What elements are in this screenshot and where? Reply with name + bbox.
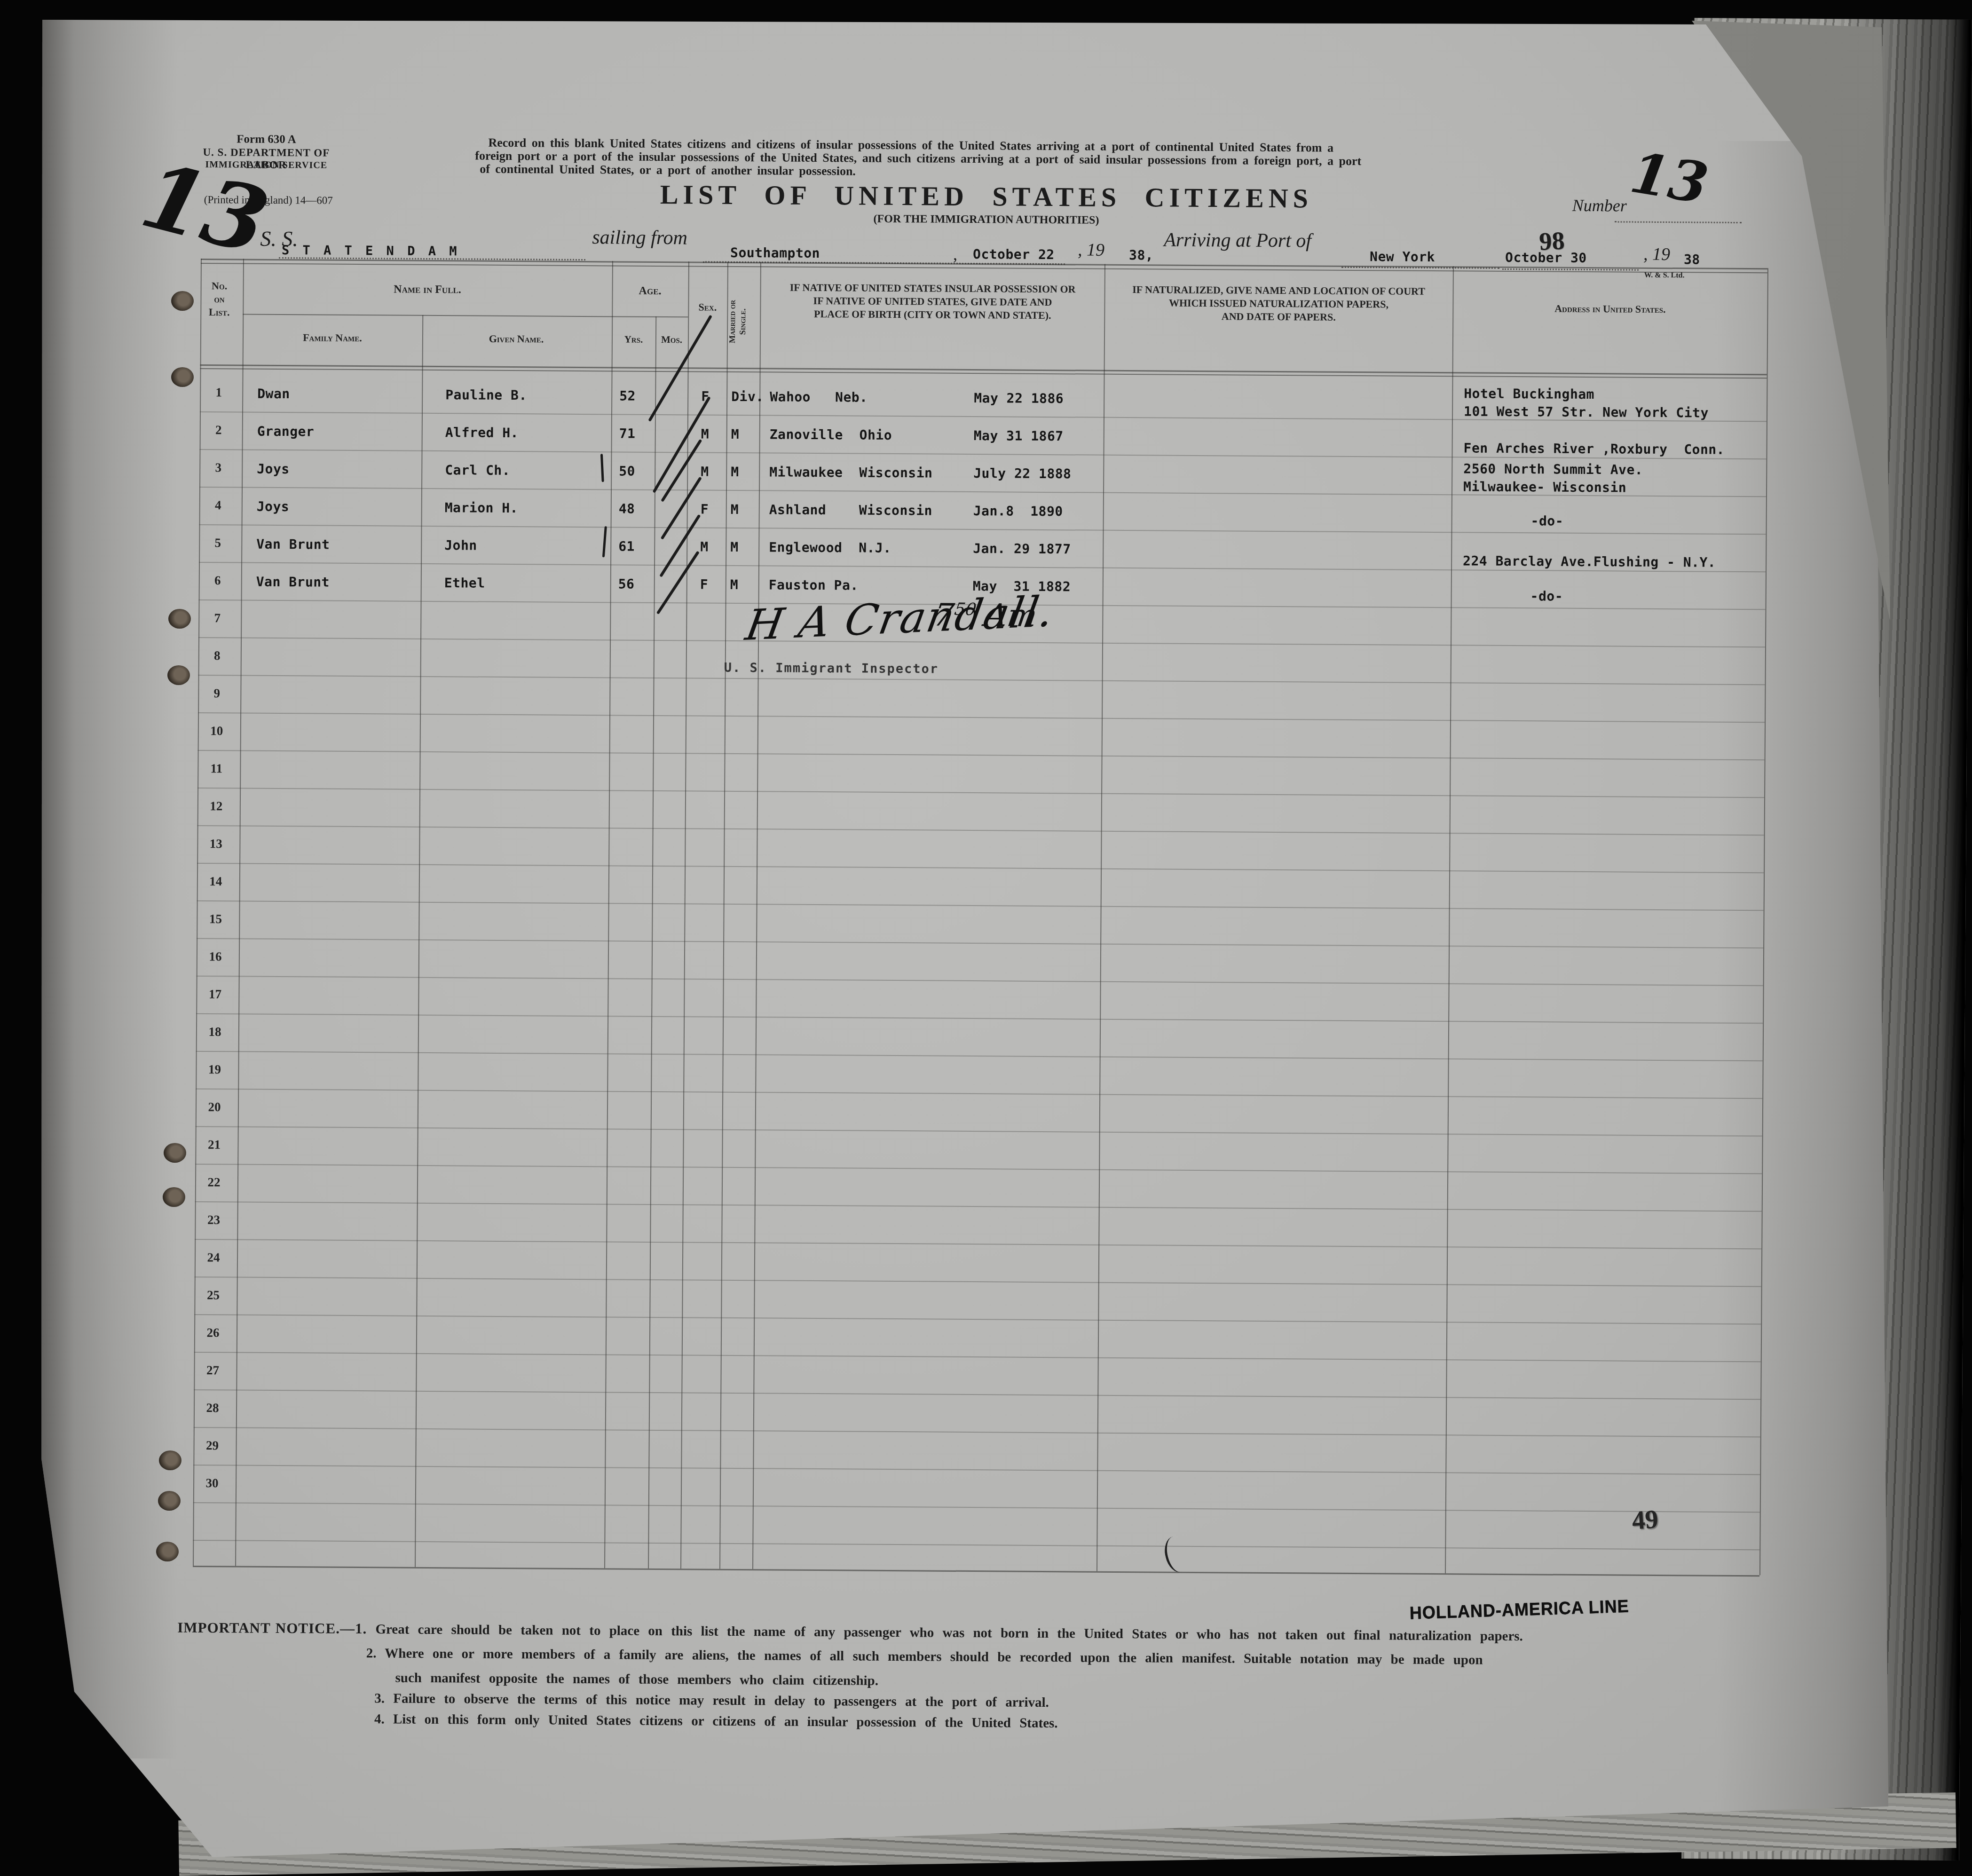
row-number: 3 [199, 458, 237, 477]
given-name: Ethel [444, 574, 485, 593]
given-name: Pauline B. [445, 386, 527, 405]
marital-status: M [731, 463, 739, 481]
table-rule [193, 1566, 1759, 1576]
sex: M [701, 463, 709, 481]
column-line [752, 262, 761, 1569]
stamp-page-number: 49 [1631, 1504, 1659, 1536]
address-line: 2560 North Summit Ave. [1463, 460, 1643, 478]
column-line [1759, 268, 1768, 1575]
row-number: 29 [193, 1436, 231, 1455]
sailing-from-label: sailing from [592, 226, 687, 249]
sex: M [700, 538, 709, 557]
row-rule [196, 1013, 1763, 1024]
row-rule [195, 1201, 1762, 1212]
address-line: -do- [1531, 512, 1564, 529]
ship-name: S T A T E N D A M [282, 243, 460, 259]
row-rule [196, 1051, 1763, 1061]
row-number: 24 [195, 1248, 232, 1267]
pen-tick [602, 526, 607, 557]
age-years: 50 [619, 462, 635, 481]
handwritten-time: 750 Am [931, 597, 1040, 634]
pen-tick [600, 454, 604, 482]
passenger-row: Dwan Pauline B. 52 F Div. Wahoo Neb. May… [0, 383, 31, 402]
sex: M [701, 425, 710, 444]
column-line [719, 262, 728, 1569]
row-number: 14 [197, 872, 235, 891]
age-years: 61 [618, 537, 635, 556]
dotted-blank [1615, 221, 1742, 223]
marital-status: Div. [731, 387, 764, 406]
column-line [1445, 266, 1454, 1573]
row-number: 4 [199, 496, 237, 514]
address-line: 101 West 57 Str. New York City [1464, 403, 1709, 421]
number-label: Number [1572, 196, 1627, 216]
marital-status: M [731, 500, 739, 519]
row-number: 8 [198, 646, 236, 665]
place-of-birth: Ashland Wisconsin [769, 500, 932, 520]
col-yrs: Yrs. [612, 333, 655, 346]
given-name: Alfred H. [445, 423, 519, 442]
family-name: Dwan [257, 385, 290, 403]
handwritten-list-number: 13 [1626, 140, 1713, 217]
place-of-birth: Wahoo Neb. [770, 387, 868, 407]
address-line: 224 Barclay Ave.Flushing - N.Y. [1463, 552, 1716, 571]
check-mark [656, 551, 700, 615]
col-naturalized: IF NATURALIZED, GIVE NAME AND LOCATION O… [1107, 283, 1450, 324]
row-rule [195, 1277, 1761, 1287]
age-years: 71 [619, 424, 636, 443]
row-number: 16 [197, 947, 234, 966]
row-number: 13 [197, 834, 235, 853]
row-number: 20 [196, 1097, 233, 1116]
row-number: 2 [200, 420, 237, 439]
passenger-row: Joys Marion H. 48 F M Ashland Wisconsin … [0, 496, 30, 514]
date-of-birth: July 22 1888 [973, 464, 1072, 483]
dotted-blank [1502, 268, 1639, 271]
sex: F [700, 575, 709, 594]
col-address: Address in United States. [1455, 302, 1765, 316]
notice-line: 2. Where one or more members of a family… [366, 1646, 1483, 1668]
row-rule [198, 712, 1765, 723]
page-title: LIST OF UNITED STATES CITIZENS [629, 179, 1344, 214]
notice-line: IMPORTANT NOTICE.—1. Great care should b… [177, 1619, 1523, 1644]
row-rule [197, 900, 1764, 911]
sex: F [701, 500, 709, 519]
address-line: Fen Arches River ,Roxbury Conn. [1463, 440, 1725, 458]
col-family-name: Family Name. [243, 331, 422, 345]
row-number: 10 [198, 721, 236, 740]
row-rule [196, 1126, 1762, 1136]
age-years: 52 [619, 386, 636, 405]
col-given-name: Given Name. [422, 332, 610, 346]
address-line: Milwaukee- Wisconsin [1463, 478, 1626, 496]
row-number: 18 [196, 1022, 234, 1041]
row-number: 26 [194, 1323, 232, 1342]
family-name: Van Brunt [256, 573, 330, 592]
row-number: 12 [197, 796, 235, 815]
row-rule [195, 1164, 1762, 1174]
row-rule [194, 1314, 1761, 1324]
departure-date: October 22 [973, 246, 1055, 262]
address-line: -do- [1530, 588, 1563, 605]
passenger-row: Joys Carl Ch. 50 M M Milwaukee Wisconsin… [0, 458, 30, 477]
departure-port: Southampton [730, 245, 820, 261]
row-rule [198, 750, 1765, 760]
row-rule [195, 1239, 1761, 1249]
col-birth: IF NATIVE OF UNITED STATES INSULAR POSSE… [763, 281, 1102, 322]
column-line [648, 316, 656, 1569]
marital-status: M [730, 538, 739, 557]
address-line: Hotel Buckingham [1464, 385, 1594, 403]
row-rule [196, 1088, 1762, 1099]
row-number: 1 [200, 383, 237, 402]
row-number: 28 [194, 1398, 231, 1417]
check-mark [659, 514, 701, 577]
passenger-row: Van Brunt Ethel 56 F M Fauston Pa. May 3… [0, 571, 29, 590]
row-rule [193, 1540, 1759, 1550]
row-rule [198, 675, 1765, 685]
row-number: 15 [197, 909, 234, 928]
row-number: 22 [195, 1173, 233, 1191]
year-printed: , 19 [1643, 244, 1670, 265]
manifest-table: 1234567891011121314151617181920212223242… [0, 0, 1972, 12]
col-age: Age. [612, 284, 688, 298]
given-name: John [444, 536, 477, 555]
instruction-line: of continental United States, or a port … [480, 163, 856, 178]
row-rule [197, 825, 1764, 836]
scanned-manifest-canvas: Form 630 A U. S. DEPARTMENT OF LABOR IMM… [0, 0, 1972, 1864]
arrival-port: New York [1370, 249, 1435, 265]
row-rule [193, 1502, 1760, 1513]
family-name: Joys [257, 460, 290, 479]
row-number: 25 [194, 1285, 232, 1304]
row-number: 11 [197, 759, 235, 778]
row-number: 19 [196, 1060, 233, 1079]
notice-heading: IMPORTANT NOTICE.—1. [177, 1619, 367, 1637]
year-printed: , 19 [1078, 239, 1104, 260]
place-of-birth: Englewood N.J. [769, 538, 891, 558]
passenger-row: Van Brunt John 61 M M Englewood N.J. Jan… [0, 533, 30, 552]
row-number: 9 [198, 684, 236, 702]
row-number: 6 [199, 571, 237, 590]
place-of-birth: Fauston Pa. [769, 575, 859, 595]
arrival-year: 38 [1684, 252, 1700, 267]
comma: , [953, 244, 957, 264]
subheader-rule [243, 314, 688, 318]
row-rule [194, 1427, 1760, 1437]
place-of-birth: Milwaukee Wisconsin [769, 463, 932, 482]
row-number: 5 [199, 533, 237, 552]
age-years: 48 [619, 499, 635, 518]
family-name: Van Brunt [256, 535, 330, 554]
stamp-holland-america-line: HOLLAND-AMERICA LINE [1409, 1597, 1629, 1624]
age-years: 56 [618, 575, 635, 593]
row-rule [194, 1389, 1760, 1400]
row-rule [197, 788, 1764, 798]
row-number: 27 [194, 1361, 231, 1379]
row-number: 23 [195, 1210, 232, 1229]
date-of-birth: May 31 1867 [974, 426, 1064, 446]
notice-line: 4. List on this form only United States … [374, 1711, 1058, 1731]
date-of-birth: Jan. 29 1877 [973, 539, 1071, 559]
given-name: Carl Ch. [445, 461, 510, 480]
form-number: Form 630 A [205, 133, 327, 147]
row-number: 30 [193, 1474, 231, 1492]
row-number: 7 [198, 608, 236, 627]
row-rule [197, 938, 1763, 948]
page-subtitle: (FOR THE IMMIGRATION AUTHORITIES) [840, 213, 1132, 227]
row-rule [197, 976, 1763, 986]
row-rule [197, 863, 1764, 873]
departure-year: 38, [1129, 247, 1153, 263]
arrival-date: October 30 [1505, 250, 1587, 266]
column-line [235, 259, 244, 1566]
given-name: Marion H. [445, 498, 518, 518]
notice-line: 3. Failure to observe the terms of this … [374, 1691, 1049, 1710]
family-name: Joys [257, 497, 290, 516]
form-content: Form 630 A U. S. DEPARTMENT OF LABOR IMM… [0, 0, 1972, 1864]
check-mark [661, 477, 702, 540]
column-line [1096, 264, 1105, 1571]
notice-line: such manifest opposite the names of thos… [395, 1671, 878, 1689]
row-rule [194, 1352, 1761, 1362]
row-rule [193, 1465, 1760, 1475]
row-number: 17 [196, 985, 234, 1003]
col-no-on-list: No.onList. [197, 279, 241, 319]
date-of-birth: May 22 1886 [974, 389, 1064, 408]
pen-mark [1161, 1534, 1193, 1575]
date-of-birth: Jan.8 1890 [973, 502, 1063, 521]
col-name-in-full: Name in Full. [243, 283, 612, 298]
column-line [604, 261, 613, 1568]
row-number: 21 [195, 1135, 233, 1154]
place-of-birth: Zanoville Ohio [770, 425, 892, 445]
marital-status: M [731, 425, 740, 444]
arriving-label: Arriving at Port of [1164, 229, 1311, 252]
family-name: Granger [257, 422, 315, 441]
inspector-title: U. S. Immigrant Inspector [724, 661, 939, 677]
marital-status: M [730, 575, 739, 594]
passenger-row: Granger Alfred H. 71 M M Zanoville Ohio … [0, 420, 30, 439]
column-line [415, 315, 423, 1567]
